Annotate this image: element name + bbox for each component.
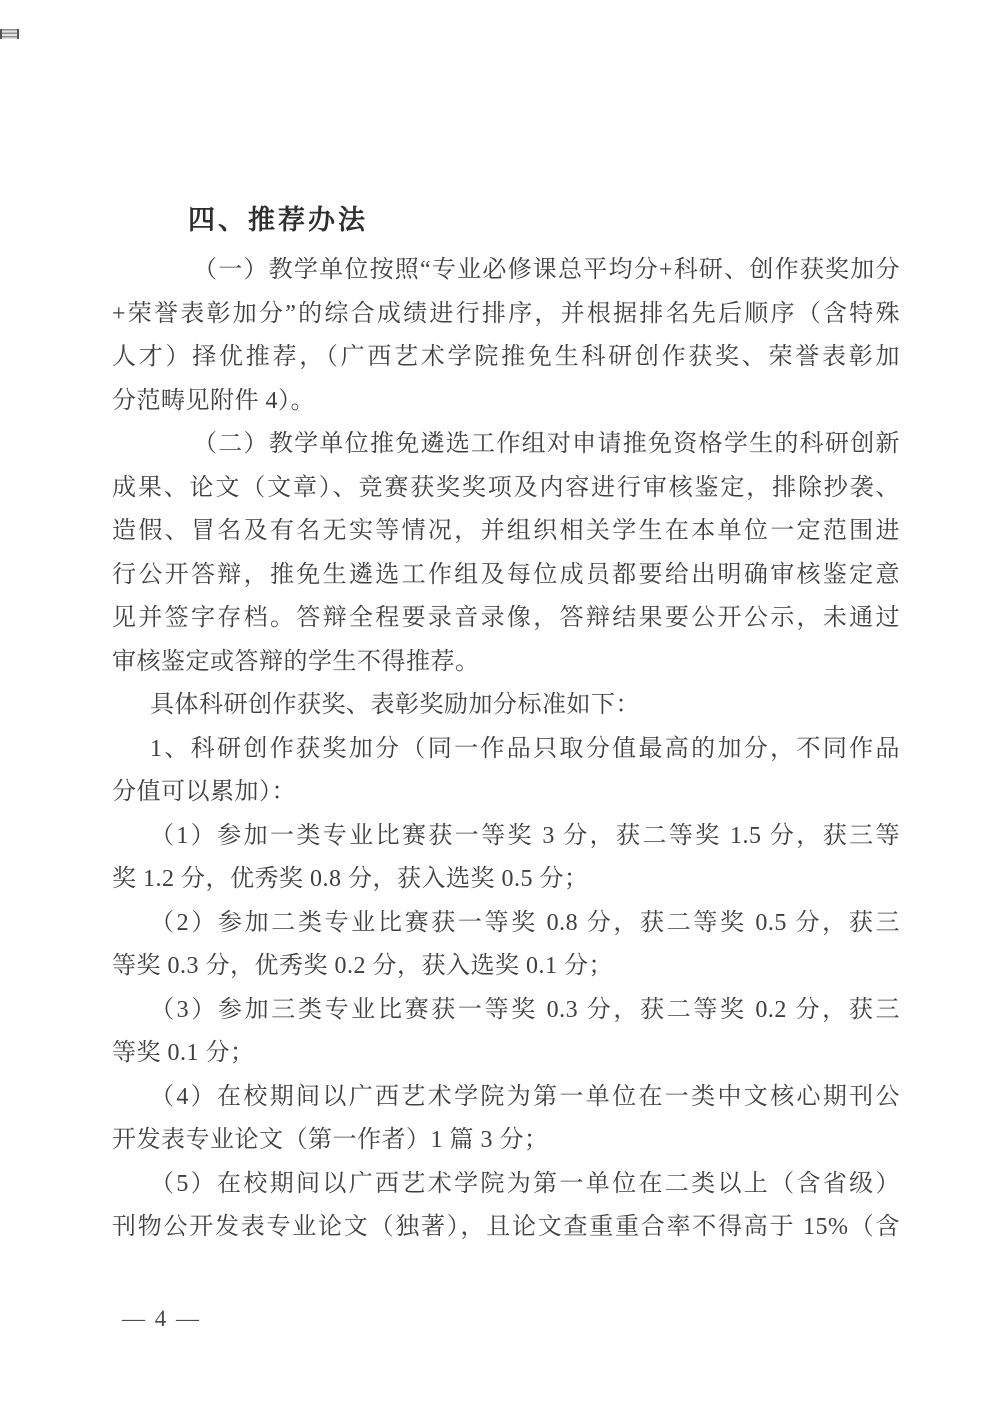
text-line: 等奖 0.3 分，优秀奖 0.2 分，获入选奖 0.1 分； <box>112 945 900 989</box>
para-5: （1）参加一类专业比赛获一等奖 3 分，获二等奖 1.5 分，获三等奖 1.2 … <box>112 815 900 902</box>
para-3: 具体科研创作获奖、表彰奖励加分标准如下： <box>112 684 900 728</box>
text-line: 审核鉴定或答辩的学生不得推荐。 <box>112 641 900 685</box>
para-2: （二）教学单位推免遴选工作组对申请推免资格学生的科研创新成果、论文（文章）、竞赛… <box>112 423 900 684</box>
text-line: 人才）择优推荐，（广西艺术学院推免生科研创作获奖、荣誉表彰加 <box>112 336 900 380</box>
para-7: （3）参加三类专业比赛获一等奖 0.3 分，获二等奖 0.2 分，获三等奖 0.… <box>112 989 900 1076</box>
document-page: 四、推荐办法 （一）教学单位按照“专业必修课总平均分+科研、创作获奖加分+荣誉表… <box>0 0 1000 1414</box>
text-line: 奖 1.2 分，优秀奖 0.8 分，获入选奖 0.5 分； <box>112 858 900 902</box>
para-1: （一）教学单位按照“专业必修课总平均分+科研、创作获奖加分+荣誉表彰加分”的综合… <box>112 249 900 423</box>
text-line: （二）教学单位推免遴选工作组对申请推免资格学生的科研创新 <box>112 423 900 467</box>
text-line: （一）教学单位按照“专业必修课总平均分+科研、创作获奖加分 <box>112 249 900 293</box>
para-9: （5）在校期间以广西艺术学院为第一单位在二类以上（含省级）刊物公开发表专业论文（… <box>112 1163 900 1250</box>
text-line: 分范畴见附件 4）。 <box>112 380 900 424</box>
text-line: 见并签字存档。答辩全程要录音录像，答辩结果要公开公示，未通过 <box>112 597 900 641</box>
text-line: 1、科研创作获奖加分（同一作品只取分值最高的加分，不同作品 <box>112 728 900 772</box>
text-line: 成果、论文（文章）、竞赛获奖奖项及内容进行审核鉴定，排除抄袭、 <box>112 467 900 511</box>
text-line: （3）参加三类专业比赛获一等奖 0.3 分，获二等奖 0.2 分，获三 <box>112 989 900 1033</box>
text-line: 分值可以累加）： <box>112 771 900 815</box>
document-body: （一）教学单位按照“专业必修课总平均分+科研、创作获奖加分+荣誉表彰加分”的综合… <box>112 249 900 1250</box>
text-line: （1）参加一类专业比赛获一等奖 3 分，获二等奖 1.5 分，获三等 <box>112 815 900 859</box>
section-heading: 四、推荐办法 <box>112 199 900 243</box>
text-line: （5）在校期间以广西艺术学院为第一单位在二类以上（含省级） <box>112 1163 900 1207</box>
text-line: 刊物公开发表专业论文（独著），且论文查重重合率不得高于 15%（含 <box>112 1206 900 1250</box>
text-line: 具体科研创作获奖、表彰奖励加分标准如下： <box>112 684 900 728</box>
text-line: 等奖 0.1 分； <box>112 1032 900 1076</box>
text-line: 行公开答辩，推免生遴选工作组及每位成员都要给出明确审核鉴定意 <box>112 554 900 598</box>
text-line: +荣誉表彰加分”的综合成绩进行排序，并根据排名先后顺序（含特殊 <box>112 293 900 337</box>
binding-mark-icon <box>0 29 19 39</box>
text-line: 开发表专业论文（第一作者）1 篇 3 分； <box>112 1119 900 1163</box>
text-line: 造假、冒名及有名无实等情况，并组织相关学生在本单位一定范围进 <box>112 510 900 554</box>
page-number: — 4 — <box>122 1306 201 1332</box>
document-content: 四、推荐办法 （一）教学单位按照“专业必修课总平均分+科研、创作获奖加分+荣誉表… <box>112 199 900 1250</box>
para-8: （4）在校期间以广西艺术学院为第一单位在一类中文核心期刊公开发表专业论文（第一作… <box>112 1076 900 1163</box>
para-4: 1、科研创作获奖加分（同一作品只取分值最高的加分，不同作品分值可以累加）： <box>112 728 900 815</box>
text-line: （4）在校期间以广西艺术学院为第一单位在一类中文核心期刊公 <box>112 1076 900 1120</box>
para-6: （2）参加二类专业比赛获一等奖 0.8 分，获二等奖 0.5 分，获三等奖 0.… <box>112 902 900 989</box>
text-line: （2）参加二类专业比赛获一等奖 0.8 分，获二等奖 0.5 分，获三 <box>112 902 900 946</box>
